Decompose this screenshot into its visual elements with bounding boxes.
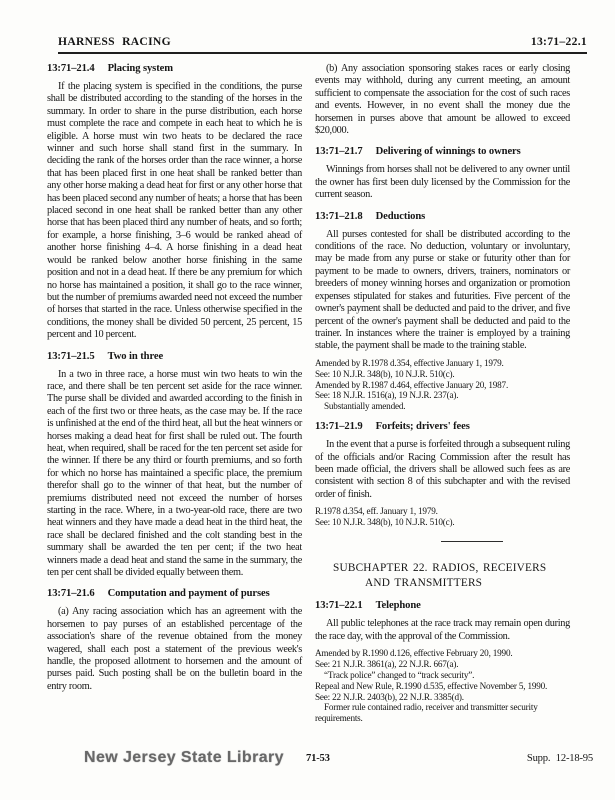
section-number: 13:71–21.5 (47, 351, 95, 362)
history-line: Amended by R.1978 d.354, effective Janua… (315, 358, 570, 369)
section-title: Placing system (108, 63, 173, 74)
left-column: 13:71–21.4Placing system If the placing … (47, 62, 302, 724)
subchapter-divider (441, 541, 503, 542)
section-number: 13:71–21.6 (47, 588, 95, 599)
section-heading-21-8: 13:71–21.8Deductions (315, 211, 570, 222)
section-body-21-5: In a two in three race, a horse must win… (47, 369, 302, 580)
section-title: Two in three (108, 351, 164, 362)
section-heading-21-4: 13:71–21.4Placing system (47, 63, 302, 74)
history-line: Amended by R.1987 d.464, effective Janua… (315, 380, 570, 391)
section-heading-21-6: 13:71–21.6Computation and payment of pur… (47, 588, 302, 599)
history-line: See: 21 N.J.R. 3861(a), 22 N.J.R. 667(a)… (315, 659, 570, 670)
section-number: 13:71–21.8 (315, 211, 363, 222)
history-line: Amended by R.1990 d.126, effective Febru… (315, 648, 570, 659)
history-line: R.1978 d.354, eff. January 1, 1979. (315, 506, 570, 517)
history-line: Substantially amended. (315, 401, 570, 412)
section-title: Forfeits; drivers' fees (376, 421, 470, 432)
amendment-history-21-8: Amended by R.1978 d.354, effective Janua… (315, 358, 570, 413)
section-body-21-9: In the event that a purse is forfeited t… (315, 439, 570, 501)
section-title: Computation and payment of purses (108, 588, 270, 599)
section-heading-21-5: 13:71–21.5Two in three (47, 351, 302, 362)
section-body-21-7: Winnings from horses shall not be delive… (315, 164, 570, 201)
right-column: (b) Any association sponsoring stakes ra… (315, 62, 570, 724)
supplement-date: Supp. 12-18-95 (527, 753, 593, 764)
section-heading-22-1: 13:71–22.1Telephone (315, 600, 570, 611)
section-number: 13:71–21.9 (315, 421, 363, 432)
page-header: HARNESS RACING 13:71–22.1 (58, 35, 587, 54)
document-page: HARNESS RACING 13:71–22.1 13:71–21.4Plac… (0, 0, 615, 800)
section-title: Deductions (376, 211, 426, 222)
subchapter-heading: SUBCHAPTER 22. RADIOS, RECEIVERS AND TRA… (315, 561, 564, 591)
section-heading-21-7: 13:71–21.7Delivering of winnings to owne… (315, 146, 570, 157)
amendment-history-21-9: R.1978 d.354, eff. January 1, 1979. See:… (315, 506, 570, 528)
library-stamp: New Jersey State Library (84, 749, 284, 767)
section-number: 13:71–21.4 (47, 63, 95, 74)
section-number: 13:71–21.7 (315, 146, 363, 157)
history-line: Repeal and New Rule, R.1990 d.535, effec… (315, 681, 570, 692)
section-heading-21-9: 13:71–21.9Forfeits; drivers' fees (315, 421, 570, 432)
section-title: Delivering of winnings to owners (376, 146, 521, 157)
section-body-21-6a: (a) Any racing association which has an … (47, 606, 302, 693)
section-body-21-4: If the placing system is specified in th… (47, 81, 302, 342)
page-number: 71-53 (306, 753, 330, 764)
section-body-22-1: All public telephones at the race track … (315, 618, 570, 643)
section-title: Telephone (376, 600, 421, 611)
running-head: HARNESS RACING (58, 35, 171, 48)
history-line: Former rule contained radio, receiver an… (315, 702, 570, 724)
content-columns: 13:71–21.4Placing system If the placing … (47, 62, 570, 724)
section-body-21-8: All purses contested for shall be distri… (315, 229, 570, 353)
section-number: 13:71–22.1 (315, 600, 363, 611)
amendment-history-22-1: Amended by R.1990 d.126, effective Febru… (315, 648, 570, 724)
history-line: See: 18 N.J.R. 1516(a), 19 N.J.R. 237(a)… (315, 390, 570, 401)
section-ref: 13:71–22.1 (531, 35, 587, 48)
history-line: See: 10 N.J.R. 348(b), 10 N.J.R. 510(c). (315, 517, 570, 528)
history-line: See: 22 N.J.R. 2403(b), 22 N.J.R. 3385(d… (315, 692, 570, 703)
history-line: See: 10 N.J.R. 348(b), 10 N.J.R. 510(c). (315, 369, 570, 380)
section-body-21-6b: (b) Any association sponsoring stakes ra… (315, 63, 570, 137)
history-line: “Track police” changed to “track securit… (315, 670, 570, 681)
